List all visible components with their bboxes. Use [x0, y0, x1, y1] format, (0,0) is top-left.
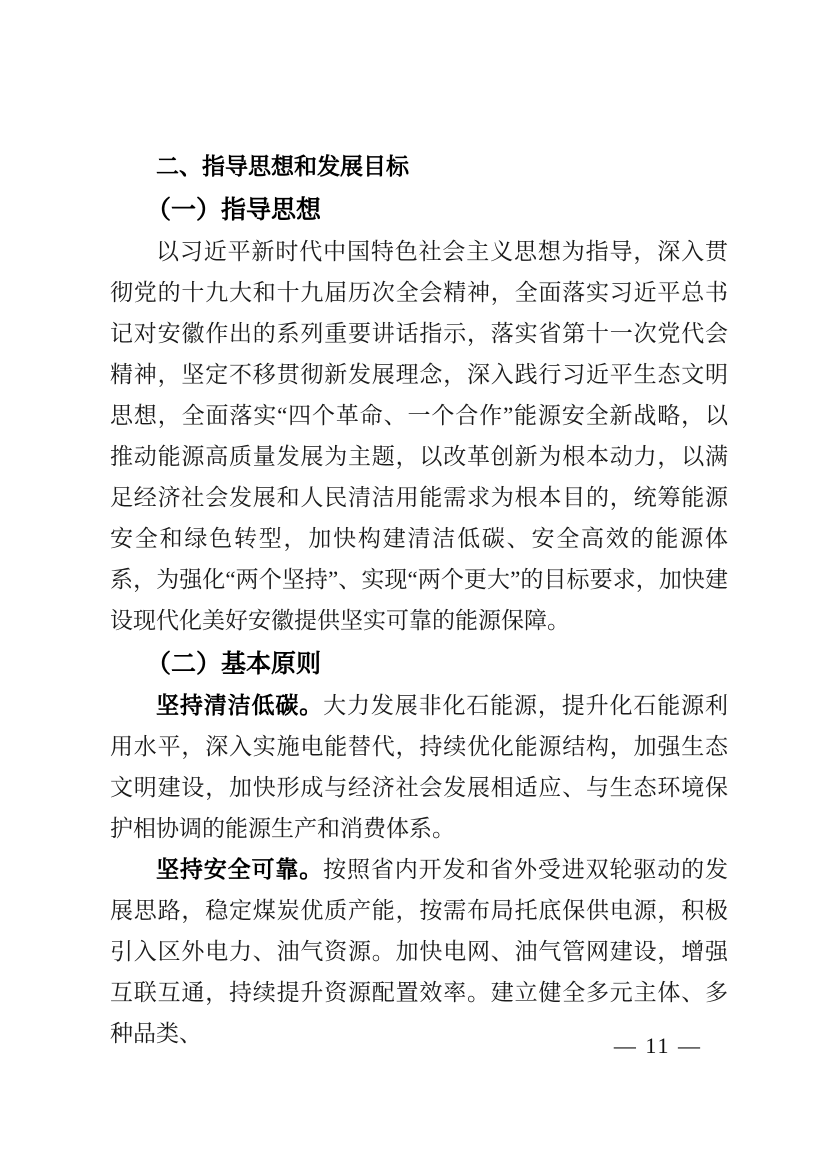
principle-clean-low-carbon-lead: 坚持清洁低碳。	[156, 693, 323, 718]
section-heading: 二、指导思想和发展目标	[110, 146, 728, 187]
subsection-title-basic-principles: （二）基本原则	[110, 644, 728, 685]
principle-clean-low-carbon: 坚持清洁低碳。大力发展非化石能源，提升化石能源利用水平，深入实施电能替代，持续优…	[110, 685, 728, 849]
subsection-title-guiding-ideology: （一）指导思想	[110, 190, 728, 231]
page-number: — 11 —	[614, 1032, 702, 1060]
document-content: 二、指导思想和发展目标 （一）指导思想 以习近平新时代中国特色社会主义思想为指导…	[110, 146, 728, 1054]
document-page: 二、指导思想和发展目标 （一）指导思想 以习近平新时代中国特色社会主义思想为指导…	[0, 0, 826, 1169]
principle-safe-reliable: 坚持安全可靠。按照省内开发和省外受进双轮驱动的发展思路，稳定煤炭优质产能，按需布…	[110, 849, 728, 1054]
guiding-ideology-paragraph: 以习近平新时代中国特色社会主义思想为指导，深入贯彻党的十九大和十九届历次全会精神…	[110, 231, 728, 641]
principle-safe-reliable-lead: 坚持安全可靠。	[156, 857, 323, 882]
principle-safe-reliable-text: 按照省内开发和省外受进双轮驱动的发展思路，稳定煤炭优质产能，按需布局托底保供电源…	[110, 857, 728, 1046]
